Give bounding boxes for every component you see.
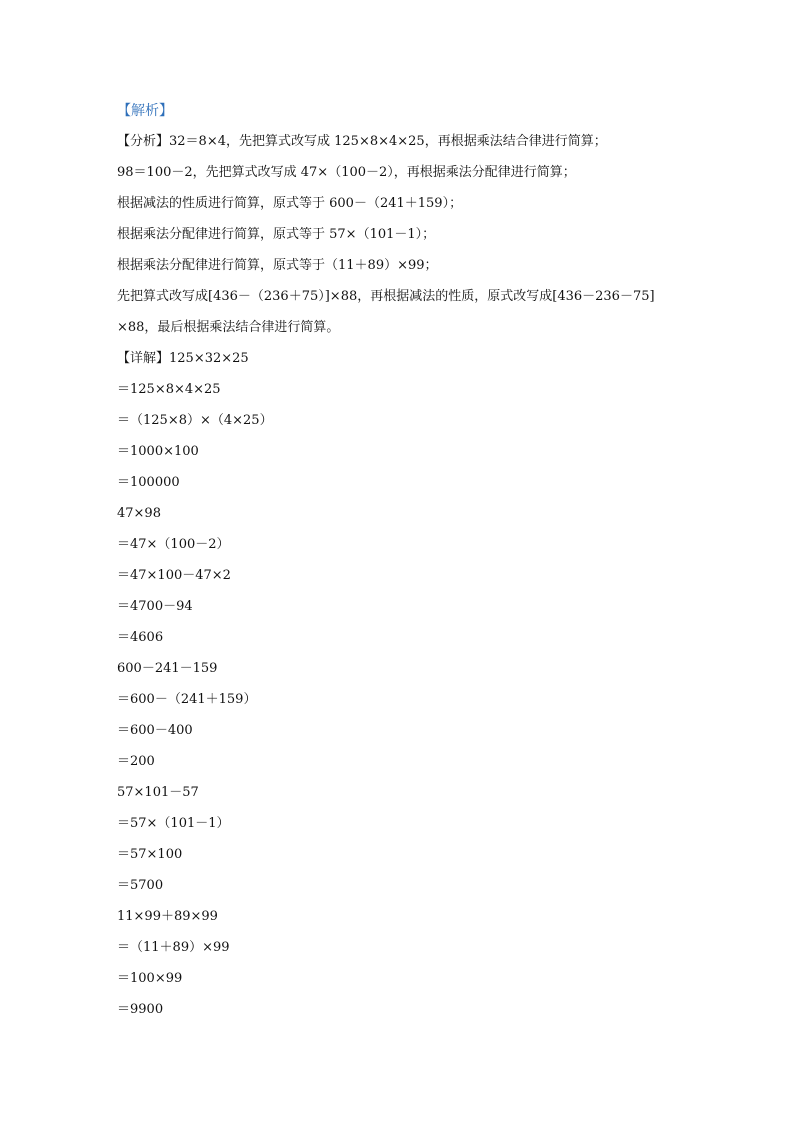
step-line: ＝600－400: [117, 720, 687, 751]
step-line: ＝600－（241＋159）: [117, 689, 687, 720]
analysis-text: 32＝8×4，先把算式改写成 125×8×4×25，再根据乘法结合律进行简算；: [169, 134, 607, 149]
expression-line: 600－241－159: [117, 658, 687, 689]
step-line: ＝200: [117, 751, 687, 782]
analysis-line-2: 98＝100－2，先把算式改写成 47×（100－2），再根据乘法分配律进行简算…: [117, 162, 687, 193]
document-page: 【解析】 【分析】32＝8×4，先把算式改写成 125×8×4×25，再根据乘法…: [117, 100, 687, 1030]
analysis-line-1: 【分析】32＝8×4，先把算式改写成 125×8×4×25，再根据乘法结合律进行…: [117, 131, 687, 162]
step-line: ＝4606: [117, 627, 687, 658]
step-line: ＝100000: [117, 472, 687, 503]
step-line: ＝5700: [117, 875, 687, 906]
step-line: ＝（125×8）×（4×25）: [117, 410, 687, 441]
step-line: ＝57×（101－1）: [117, 813, 687, 844]
expression-line: 11×99＋89×99: [117, 906, 687, 937]
step-line: ＝1000×100: [117, 441, 687, 472]
analysis-label: 【分析】: [117, 134, 169, 149]
detail-line-first: 【详解】125×32×25: [117, 348, 687, 379]
detail-label: 【详解】: [117, 351, 169, 366]
step-line: ＝47×100－47×2: [117, 565, 687, 596]
analysis-line-7: ×88，最后根据乘法结合律进行简算。: [117, 317, 687, 348]
step-line: ＝9900: [117, 999, 687, 1030]
analysis-line-6: 先把算式改写成[436－（236＋75）]×88，再根据减法的性质，原式改写成[…: [117, 286, 687, 317]
step-line: ＝4700－94: [117, 596, 687, 627]
analysis-line-3: 根据减法的性质进行简算，原式等于 600－（241＋159）；: [117, 193, 687, 224]
step-line: ＝57×100: [117, 844, 687, 875]
analysis-line-5: 根据乘法分配律进行简算，原式等于（11＋89）×99；: [117, 255, 687, 286]
step-line: ＝（11＋89）×99: [117, 937, 687, 968]
step-line: ＝125×8×4×25: [117, 379, 687, 410]
expression-line: 47×98: [117, 503, 687, 534]
expression-line: 57×101－57: [117, 782, 687, 813]
step-line: ＝47×（100－2）: [117, 534, 687, 565]
section-heading: 【解析】: [117, 100, 687, 131]
detail-first-expression: 125×32×25: [169, 351, 249, 366]
analysis-line-4: 根据乘法分配律进行简算，原式等于 57×（101－1）；: [117, 224, 687, 255]
step-line: ＝100×99: [117, 968, 687, 999]
